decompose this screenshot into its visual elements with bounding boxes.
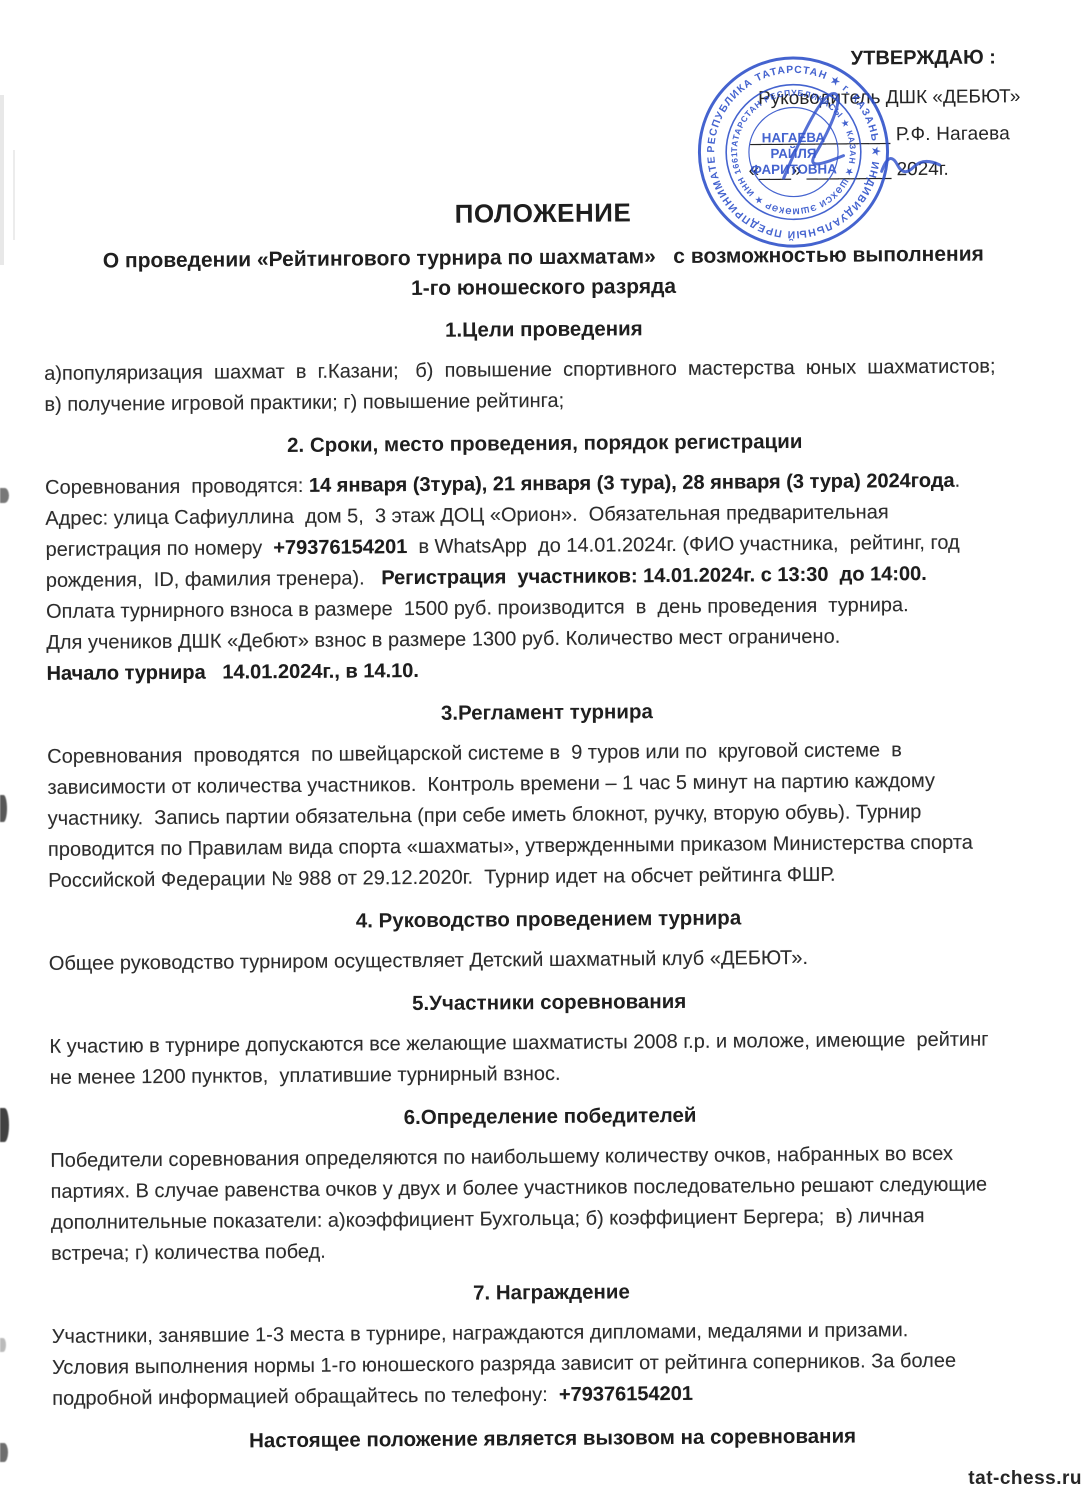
- section-heading: 3.Регламент турнира: [47, 694, 1047, 732]
- text-line: подробной информацией обращайтесь по тел…: [52, 1376, 1052, 1415]
- text-line: в) получение игровой практики; г) повыше…: [44, 382, 1044, 421]
- scan-smudge: [0, 1443, 8, 1462]
- scan-smudge: [0, 795, 7, 822]
- site-watermark: tat-chess.ru: [968, 1468, 1082, 1490]
- scan-streak: [0, 95, 4, 265]
- section-heading: 2. Сроки, место проведения, порядок реги…: [45, 425, 1045, 463]
- section-7: 7. НаграждениеУчастники, занявшие 1-3 ме…: [51, 1274, 1052, 1415]
- text-line: не менее 1200 пунктов, уплатившие турнир…: [50, 1055, 1050, 1094]
- text-line: встреча; г) количества побед.: [51, 1231, 1051, 1270]
- section-heading: 5.Участники соревнования: [49, 984, 1049, 1022]
- scan-smudge: [0, 1108, 9, 1142]
- section-1: 1.Цели проведенияа)популяризация шахмат …: [44, 311, 1045, 421]
- section-4: 4. Руководство проведением турнираОбщее …: [48, 901, 1049, 980]
- approval-block: УТВЕРЖДАЮ : Руководитель ДШК «ДЕБЮТ» ___…: [0, 0, 1085, 4]
- section-heading: 1.Цели проведения: [44, 311, 1044, 349]
- text-line: Российской Федерации № 988 от 29.12.2020…: [48, 858, 1048, 897]
- section-heading: 7. Награждение: [51, 1274, 1051, 1312]
- document-body: ПОЛОЖЕНИЕ О проведении «Рейтингового тур…: [43, 194, 1053, 1455]
- text-line: Начало турнира 14.01.2024г., в 14.10.: [46, 651, 1046, 690]
- scan-smudge: [0, 1338, 6, 1352]
- sections-container: 1.Цели проведенияа)популяризация шахмат …: [44, 311, 1053, 1415]
- text-line: Общее руководство турниром осуществляет …: [49, 941, 1049, 980]
- closing-statement: Настоящее положение является вызовом на …: [53, 1423, 1053, 1455]
- scanned-document-page: УТВЕРЖДАЮ : Руководитель ДШК «ДЕБЮТ» ___…: [0, 0, 1090, 1500]
- scan-streak: [13, 150, 15, 240]
- section-3: 3.Регламент турнираСоревнования проводят…: [47, 694, 1049, 897]
- section-heading: 4. Руководство проведением турнира: [48, 901, 1048, 939]
- document-content: УТВЕРЖДАЮ : Руководитель ДШК «ДЕБЮТ» ___…: [0, 0, 1090, 1500]
- section-5: 5.Участники соревнованияК участию в турн…: [49, 984, 1050, 1094]
- signature-handwriting: [731, 75, 982, 197]
- section-2: 2. Сроки, место проведения, порядок реги…: [45, 425, 1047, 690]
- section-6: 6.Определение победителейПобедители соре…: [50, 1098, 1051, 1270]
- page-title: ПОЛОЖЕНИЕ: [43, 194, 1043, 233]
- scan-smudge: [0, 488, 9, 503]
- section-heading: 6.Определение победителей: [50, 1098, 1050, 1136]
